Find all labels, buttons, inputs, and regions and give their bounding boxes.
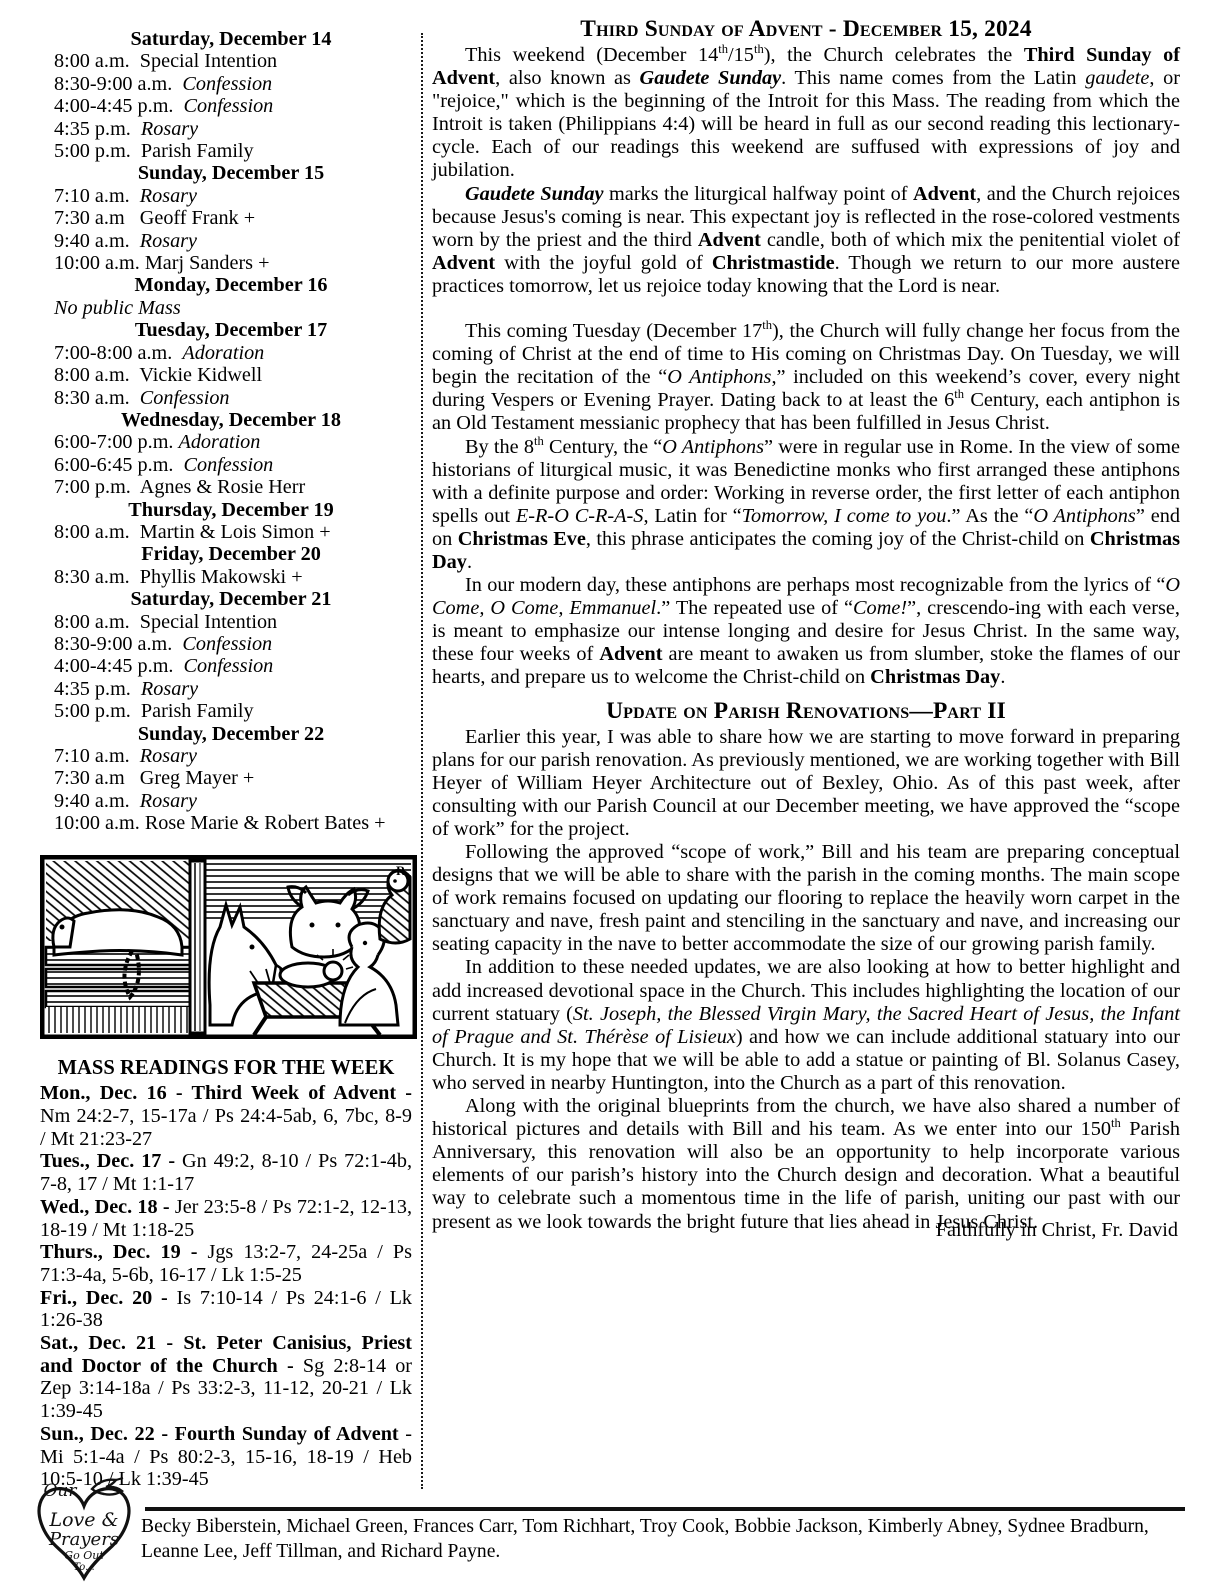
schedule-day-header: Saturday, December 21: [54, 588, 418, 610]
schedule-item: 5:00 p.m. Parish Family: [54, 700, 418, 722]
schedule-item: 5:00 p.m. Parish Family: [54, 140, 418, 162]
schedule-item: 10:00 a.m. Rose Marie & Robert Bates +: [54, 812, 418, 834]
schedule-day-header: Tuesday, December 17: [54, 319, 418, 341]
schedule-item: 7:00 p.m. Agnes & Rosie Herr: [54, 476, 418, 498]
schedule-item: 8:30-9:00 a.m. Confession: [54, 73, 418, 95]
schedule-day-header: Wednesday, December 18: [54, 409, 418, 431]
schedule-item: 8:00 a.m. Vickie Kidwell: [54, 364, 418, 386]
schedule-item: 4:35 p.m. Rosary: [54, 678, 418, 700]
schedule-item: 4:00-4:45 p.m. Confession: [54, 95, 418, 117]
readings-title: MASS READINGS FOR THE WEEK: [40, 1057, 412, 1080]
article2-title: Update on Parish Renovations—Part II: [432, 698, 1180, 724]
schedule-item: No public Mass: [54, 297, 418, 319]
mass-readings: MASS READINGS FOR THE WEEK Mon., Dec. 16…: [40, 1057, 412, 1491]
right-column: Third Sunday of Advent - December 15, 20…: [432, 16, 1180, 1242]
center-post: [190, 861, 205, 1033]
logo-word-to: To...: [73, 1562, 94, 1573]
schedule-item: 6:00-7:00 p.m. Adoration: [54, 431, 418, 453]
schedule-item: 9:40 a.m. Rosary: [54, 230, 418, 252]
schedule-day-header: Friday, December 20: [54, 543, 418, 565]
schedule-item: 6:00-6:45 p.m. Confession: [54, 454, 418, 476]
schedule-day-header: Sunday, December 15: [54, 162, 418, 184]
schedule-item: 8:00 a.m. Special Intention: [54, 50, 418, 72]
reading-entry: Fri., Dec. 20 - Is 7:10-14 / Ps 24:1-6 /…: [40, 1287, 412, 1332]
schedule-item: 4:35 p.m. Rosary: [54, 118, 418, 140]
column-divider: [421, 33, 423, 1489]
logo-word-our: Our: [43, 1481, 77, 1501]
paragraph: Earlier this year, I was able to share h…: [432, 726, 1180, 841]
reading-entry: Tues., Dec. 17 - Gn 49:2, 8-10 / Ps 72:1…: [40, 1150, 412, 1195]
paragraph: In our modern day, these antiphons are p…: [432, 574, 1180, 689]
schedule-item: 7:30 a.m Greg Mayer +: [54, 767, 418, 789]
schedule-day-header: Saturday, December 14: [54, 28, 418, 50]
schedule-item: 8:30 a.m. Confession: [54, 387, 418, 409]
schedule-day-header: Monday, December 16: [54, 274, 418, 296]
paragraph: This weekend (December 14th/15th), the C…: [432, 44, 1180, 183]
paragraph: Gaudete Sunday marks the liturgical half…: [432, 183, 1180, 298]
schedule-item: 8:30 a.m. Phyllis Makowski +: [54, 566, 418, 588]
nativity-woodcut: R.: [40, 855, 417, 1039]
schedule-day-header: Thursday, December 19: [54, 499, 418, 521]
schedule-item: 7:10 a.m. Rosary: [54, 745, 418, 767]
article1-title: Third Sunday of Advent - December 15, 20…: [432, 16, 1180, 42]
dove-icon: [92, 1478, 123, 1495]
schedule-day-header: Sunday, December 22: [54, 723, 418, 745]
reading-entry: Wed., Dec. 18 - Jer 23:5-8 / Ps 72:1-2, …: [40, 1196, 412, 1241]
artist-initials: R.: [396, 863, 409, 878]
paragraph: Following the approved “scope of work,” …: [432, 841, 1180, 956]
article2-body: Earlier this year, I was able to share h…: [432, 726, 1180, 1234]
schedule-item: 7:10 a.m. Rosary: [54, 185, 418, 207]
schedule-item: 9:40 a.m. Rosary: [54, 790, 418, 812]
mass-schedule: Saturday, December 148:00 a.m. Special I…: [40, 28, 418, 835]
readings-list: Mon., Dec. 16 - Third Week of Advent - N…: [40, 1082, 412, 1491]
bulletin-page: Saturday, December 148:00 a.m. Special I…: [0, 0, 1224, 1584]
schedule-item: 8:30-9:00 a.m. Confession: [54, 633, 418, 655]
paragraph: This coming Tuesday (December 17th), the…: [432, 320, 1180, 435]
schedule-item: 7:30 a.m Geoff Frank +: [54, 207, 418, 229]
reading-entry: Mon., Dec. 16 - Third Week of Advent - N…: [40, 1082, 412, 1150]
schedule-item: 4:00-4:45 p.m. Confession: [54, 655, 418, 677]
paragraph: Along with the original blueprints from …: [432, 1095, 1180, 1234]
love-and-prayers-logo: Our Love & Prayers Go Out To...: [30, 1474, 138, 1582]
paragraph: In addition to these needed updates, we …: [432, 956, 1180, 1095]
fence-planks: [46, 947, 190, 1033]
footer-divider-rule: [145, 1507, 1185, 1511]
prayer-names-list: Becky Biberstein, Michael Green, Frances…: [141, 1515, 1187, 1564]
logo-word-go-out: Go Out: [64, 1549, 104, 1562]
reading-entry: Sat., Dec. 21 - St. Peter Canisius, Prie…: [40, 1332, 412, 1423]
paragraph: By the 8th Century, the “O Antiphons” we…: [432, 436, 1180, 575]
article1-body: This weekend (December 14th/15th), the C…: [432, 44, 1180, 690]
schedule-item: 10:00 a.m. Marj Sanders +: [54, 252, 418, 274]
logo-word-prayers: Prayers: [48, 1529, 119, 1550]
reading-entry: Thurs., Dec. 19 - Jgs 13:2-7, 24-25a / P…: [40, 1241, 412, 1286]
schedule-item: 8:00 a.m. Martin & Lois Simon +: [54, 521, 418, 543]
schedule-item: 7:00-8:00 a.m. Adoration: [54, 342, 418, 364]
schedule-item: 8:00 a.m. Special Intention: [54, 611, 418, 633]
logo-word-love: Love &: [49, 1509, 119, 1531]
nativity-image: R.: [40, 855, 417, 1039]
left-column: Saturday, December 148:00 a.m. Special I…: [40, 28, 418, 1491]
